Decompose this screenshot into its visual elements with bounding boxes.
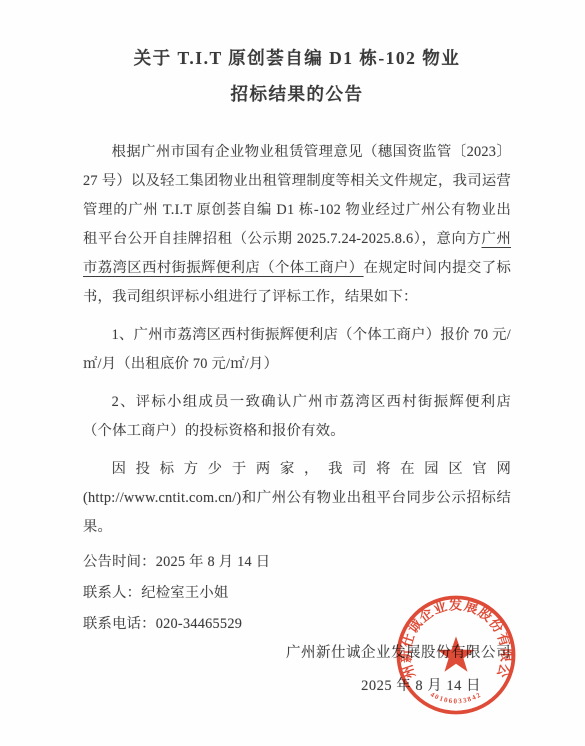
announce-time-value: 2025 年 8 月 14 日 [156,554,271,570]
title-line-1: 关于 T.I.T 原创荟自编 D1 栋-102 物业 [83,40,511,76]
contact-person-row: 联系人：纪检室王小姐 [83,578,511,609]
document-content: 关于 T.I.T 原创荟自编 D1 栋-102 物业 招标结果的公告 根据广州市… [83,40,511,640]
announce-time-label: 公告时间： [83,554,156,570]
signature-date: 2025 年 8 月 14 日 [286,670,481,703]
document-body: 根据广州市国有企业物业租赁管理意见（穗国资监管〔2023〕27 号）以及轻工集团… [83,138,511,542]
paragraph-publicity: 因投标方少于两家，我司将在园区官网(http://www.cntit.com.c… [83,455,511,542]
signature-block: 广州新仕诚企业发展股份有限公司 2025 年 8 月 14 日 [286,637,511,703]
contact-person-label: 联系人： [83,585,141,601]
contact-phone-row: 联系电话：020-34465529 [83,609,511,640]
signature-company: 广州新仕诚企业发展股份有限公司 [286,637,511,670]
paragraph-result-1: 1、广州市荔湾区西村街振辉便利店（个体工商户）报价 70 元/㎡/月（出租底价 … [83,321,511,379]
paragraph-intro-pre: 根据广州市国有企业物业租赁管理意见（穗国资监管〔2023〕27 号）以及轻工集团… [83,144,511,247]
contact-phone-value: 020-34465529 [156,616,242,632]
paragraph-result-2: 2、评标小组成员一致确认广州市荔湾区西村街振辉便利店（个体工商户）的投标资格和报… [83,388,511,446]
paragraph-intro: 根据广州市国有企业物业租赁管理意见（穗国资监管〔2023〕27 号）以及轻工集团… [83,138,511,312]
document-page: 关于 T.I.T 原创荟自编 D1 栋-102 物业 招标结果的公告 根据广州市… [0,0,585,746]
contact-block: 公告时间：2025 年 8 月 14 日 联系人：纪检室王小姐 联系电话：020… [83,547,511,640]
contact-phone-label: 联系电话： [83,616,156,632]
announce-time-row: 公告时间：2025 年 8 月 14 日 [83,547,511,578]
contact-person-value: 纪检室王小姐 [141,585,228,601]
document-title: 关于 T.I.T 原创荟自编 D1 栋-102 物业 招标结果的公告 [83,40,511,112]
title-line-2: 招标结果的公告 [83,76,511,112]
